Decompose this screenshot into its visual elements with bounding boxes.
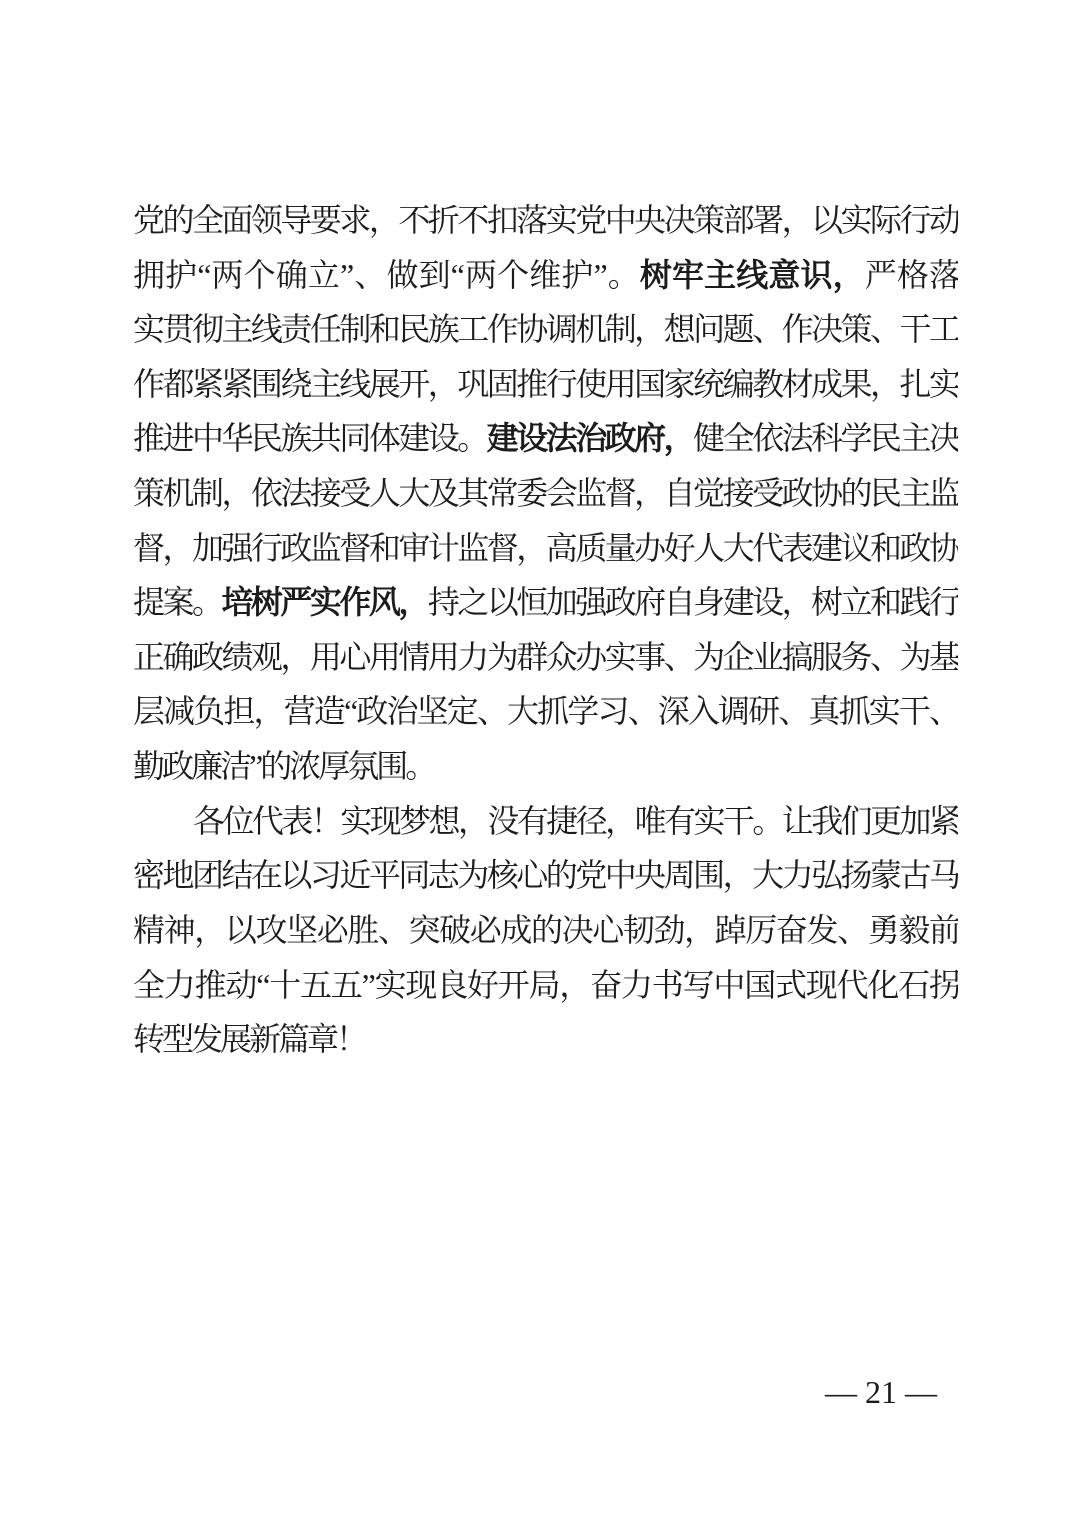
text-segment: 严格落	[865, 257, 958, 293]
text-segment: 作都紧紧围绕主线展开，巩固推行使用国家统编教材成果，扎实	[133, 366, 958, 402]
text-line: 各位代表！实现梦想，没有捷径，唯有实干。让我们更加紧	[133, 794, 958, 849]
text-line: 密地团结在以习近平同志为核心的党中央周围，大力弘扬蒙古马	[133, 848, 958, 903]
text-line: 提案。培树严实作风，持之以恒加强政府自身建设，树立和践行	[133, 575, 958, 630]
text-line: 全力推动“十五五”实现良好开局，奋力书写中国式现代化石拐	[133, 958, 958, 1013]
text-line: 勤政廉洁”的浓厚氛围。	[133, 739, 958, 794]
text-line: 转型发展新篇章！	[133, 1012, 958, 1067]
text-line: 督，加强行政监督和审计监督，高质量办好人大代表建议和政协	[133, 521, 958, 576]
text-segment: 密地团结在以习近平同志为核心的党中央周围，大力弘扬蒙古马	[133, 857, 958, 893]
text-segment: 层减负担，营造“政治坚定、大抓学习、深入调研、真抓实干、	[133, 693, 958, 729]
text-segment: 健全依法科学民主决	[693, 420, 958, 456]
text-segment: 各位代表！实现梦想，没有捷径，唯有实干。让我们更加紧	[193, 803, 958, 839]
text-segment: 持之以恒加强政府自身建设，树立和践行	[428, 584, 958, 620]
text-segment: 督，加强行政监督和审计监督，高质量办好人大代表建议和政协	[133, 530, 958, 566]
text-line: 党的全面领导要求，不折不扣落实党中央决策部署，以实际行动	[133, 193, 958, 248]
text-line: 精神，以攻坚必胜、突破必成的决心韧劲，踔厉奋发、勇毅前行，	[133, 903, 958, 958]
text-segment: 转型发展新篇章！	[133, 1021, 365, 1057]
text-segment: 拥护“两个确立”、做到“两个维护”。	[133, 257, 640, 293]
text-line: 拥护“两个确立”、做到“两个维护”。树牢主线意识，严格落	[133, 248, 958, 303]
text-segment: 正确政绩观，用心用情用力为群众办实事、为企业搞服务、为基	[133, 639, 958, 675]
text-line: 推进中华民族共同体建设。建设法治政府，健全依法科学民主决	[133, 411, 958, 466]
bold-heading-segment: 树牢主线意识，	[640, 257, 865, 293]
text-segment: 全力推动“十五五”实现良好开局，奋力书写中国式现代化石拐	[133, 967, 958, 1003]
text-segment: 精神，以攻坚必胜、突破必成的决心韧劲，踔厉奋发、勇毅前行，	[133, 912, 958, 958]
text-line: 层减负担，营造“政治坚定、大抓学习、深入调研、真抓实干、	[133, 684, 958, 739]
text-block: 党的全面领导要求，不折不扣落实党中央决策部署，以实际行动 拥护“两个确立”、做到…	[133, 193, 958, 1067]
page-number: — 21 —	[825, 1372, 937, 1412]
text-line: 实贯彻主线责任制和民族工作协调机制，想问题、作决策、干工	[133, 302, 958, 357]
bold-heading-segment: 培树严实作风，	[221, 584, 427, 620]
document-page: 党的全面领导要求，不折不扣落实党中央决策部署，以实际行动 拥护“两个确立”、做到…	[0, 0, 1074, 1520]
text-line: 作都紧紧围绕主线展开，巩固推行使用国家统编教材成果，扎实	[133, 357, 958, 412]
text-line: 策机制，依法接受人大及其常委会监督，自觉接受政协的民主监	[133, 466, 958, 521]
text-line: 正确政绩观，用心用情用力为群众办实事、为企业搞服务、为基	[133, 630, 958, 685]
text-segment: 推进中华民族共同体建设。	[133, 420, 487, 456]
text-segment: 提案。	[133, 584, 221, 620]
text-segment: 党的全面领导要求，不折不扣落实党中央决策部署，以实际行动	[133, 202, 958, 238]
bold-heading-segment: 建设法治政府，	[487, 420, 693, 456]
text-segment: 策机制，依法接受人大及其常委会监督，自觉接受政协的民主监	[133, 475, 958, 511]
text-segment: 勤政廉洁”的浓厚氛围。	[133, 748, 434, 784]
text-segment: 实贯彻主线责任制和民族工作协调机制，想问题、作决策、干工	[133, 311, 958, 347]
